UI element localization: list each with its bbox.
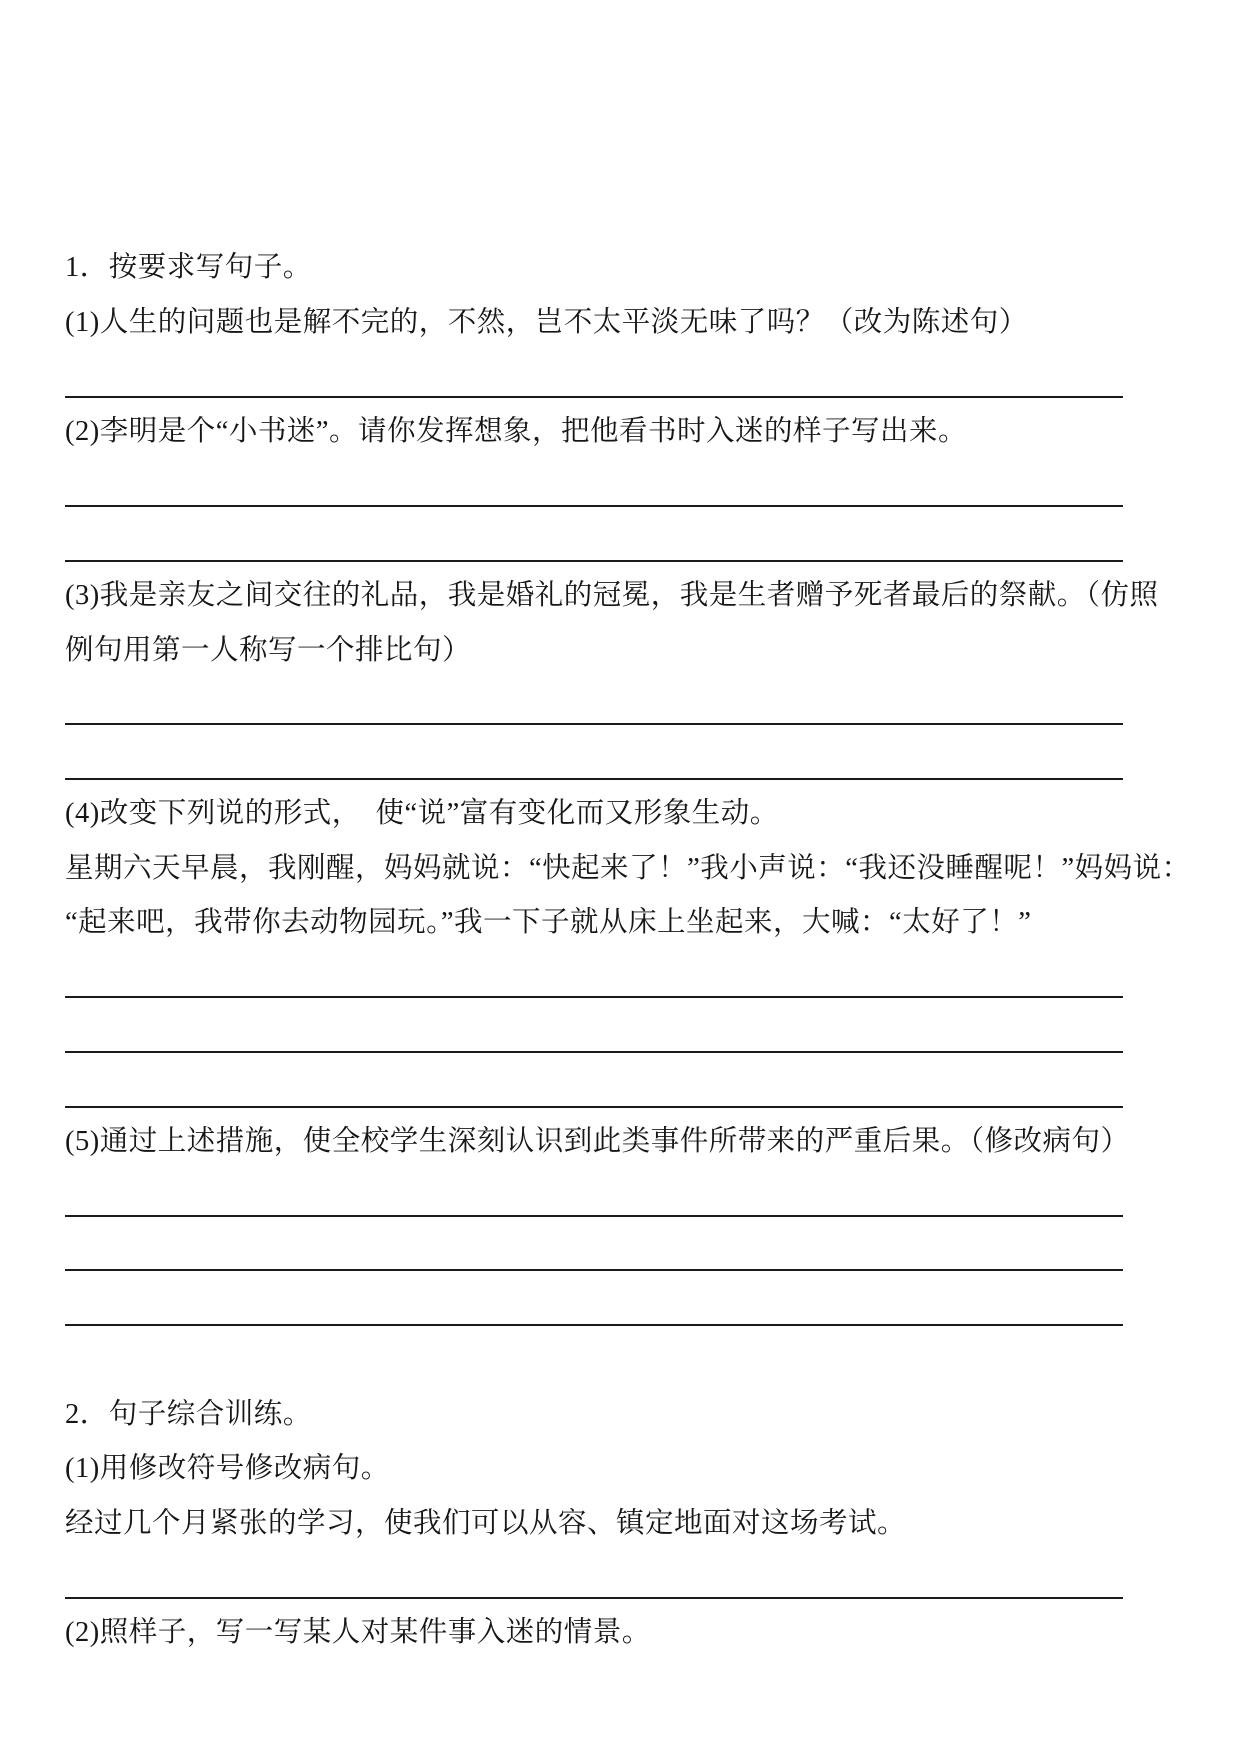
q1-1-prompt: (1)人生的问题也是解不完的，不然，岂不太平淡无味了吗？（改为陈述句）	[65, 295, 1185, 350]
q1-2-answer-blank-1	[65, 458, 1185, 513]
q1-5-prompt: (5)通过上述措施，使全校学生深刻认识到此类事件所带来的严重后果。（修改病句）	[65, 1114, 1185, 1169]
q1-3-prompt-line-1-label: (3)我是亲友之间交往的礼品，我是婚礼的冠冕，我是生者赠予死者最后的祭献。（仿照	[65, 579, 1158, 613]
section-2-heading-label: 2．句子综合训练。	[65, 1398, 312, 1432]
q1-3-prompt-line-2: 例句用第一人称写一个排比句）	[65, 622, 1185, 677]
q2-1-sentence-label: 经过几个月紧张的学习，使我们可以从容、镇定地面对这场考试。	[65, 1507, 906, 1541]
q1-4-prompt: (4)改变下列说的形式， 使“说”富有变化而又形象生动。	[65, 786, 1185, 841]
q1-2-answer-blank-2	[65, 513, 1185, 568]
q1-3-answer-blank-1	[65, 677, 1185, 732]
q1-4-prompt-label: (4)改变下列说的形式， 使“说”富有变化而又形象生动。	[65, 797, 779, 831]
worksheet-page: 1．按要求写句子。(1)人生的问题也是解不完的，不然，岂不太平淡无味了吗？（改为…	[0, 0, 1241, 1754]
section-1-heading: 1．按要求写句子。	[65, 240, 1185, 295]
q2-1-answer-blank	[65, 1550, 1185, 1605]
answer-underline	[65, 396, 1123, 398]
q1-4-passage-line-1-label: 星期六天早晨，我刚醒，妈妈就说：“快起来了！”我小声说：“我还没睡醒呢！”妈妈说…	[65, 852, 1191, 886]
answer-underline	[65, 1269, 1123, 1271]
q1-3-prompt-line-1: (3)我是亲友之间交往的礼品，我是婚礼的冠冕，我是生者赠予死者最后的祭献。（仿照	[65, 568, 1185, 623]
q1-4-passage-line-2-label: “起来吧，我带你去动物园玩。”我一下子就从床上坐起来，大喊：“太好了！”	[65, 906, 1031, 940]
q1-3-prompt-line-2-label: 例句用第一人称写一个排比句）	[65, 634, 471, 668]
q1-1-answer-blank	[65, 349, 1185, 404]
answer-underline	[65, 560, 1123, 562]
q1-2-prompt: (2)李明是个“小书迷”。请你发挥想象，把他看书时入迷的样子写出来。	[65, 404, 1185, 459]
q1-2-prompt-label: (2)李明是个“小书迷”。请你发挥想象，把他看书时入迷的样子写出来。	[65, 415, 967, 449]
worksheet-rows: 1．按要求写句子。(1)人生的问题也是解不完的，不然，岂不太平淡无味了吗？（改为…	[65, 240, 1185, 1659]
answer-underline	[65, 996, 1123, 998]
q1-4-passage-line-2: “起来吧，我带你去动物园玩。”我一下子就从床上坐起来，大喊：“太好了！”	[65, 895, 1185, 950]
answer-underline	[65, 1215, 1123, 1217]
answer-underline	[65, 1051, 1123, 1053]
answer-underline	[65, 778, 1123, 780]
answer-underline	[65, 1106, 1123, 1108]
q2-2-prompt-label: (2)照样子，写一写某人对某件事入迷的情景。	[65, 1616, 651, 1650]
q1-4-passage-line-1: 星期六天早晨，我刚醒，妈妈就说：“快起来了！”我小声说：“我还没睡醒呢！”妈妈说…	[65, 841, 1185, 896]
q2-1-sentence: 经过几个月紧张的学习，使我们可以从容、镇定地面对这场考试。	[65, 1496, 1185, 1551]
q2-1-prompt: (1)用修改符号修改病句。	[65, 1441, 1185, 1496]
q1-1-prompt-label: (1)人生的问题也是解不完的，不然，岂不太平淡无味了吗？（改为陈述句）	[65, 306, 1028, 340]
q1-4-answer-blank-3	[65, 1059, 1185, 1114]
q1-4-answer-blank-1	[65, 950, 1185, 1005]
q1-5-prompt-label: (5)通过上述措施，使全校学生深刻认识到此类事件所带来的严重后果。（修改病句）	[65, 1125, 1129, 1159]
q1-5-answer-blank-2	[65, 1223, 1185, 1278]
answer-underline	[65, 1324, 1123, 1326]
q2-2-prompt: (2)照样子，写一写某人对某件事入迷的情景。	[65, 1605, 1185, 1660]
section-2-heading: 2．句子综合训练。	[65, 1386, 1185, 1441]
answer-underline	[65, 505, 1123, 507]
q1-5-answer-blank-1	[65, 1168, 1185, 1223]
answer-underline	[65, 1597, 1123, 1599]
q1-3-answer-blank-2	[65, 731, 1185, 786]
q1-4-answer-blank-2	[65, 1004, 1185, 1059]
q1-5-answer-blank-3	[65, 1277, 1185, 1332]
answer-underline	[65, 723, 1123, 725]
section-1-heading-label: 1．按要求写句子。	[65, 251, 312, 285]
section-gap	[65, 1332, 1185, 1387]
q2-1-prompt-label: (1)用修改符号修改病句。	[65, 1452, 390, 1486]
